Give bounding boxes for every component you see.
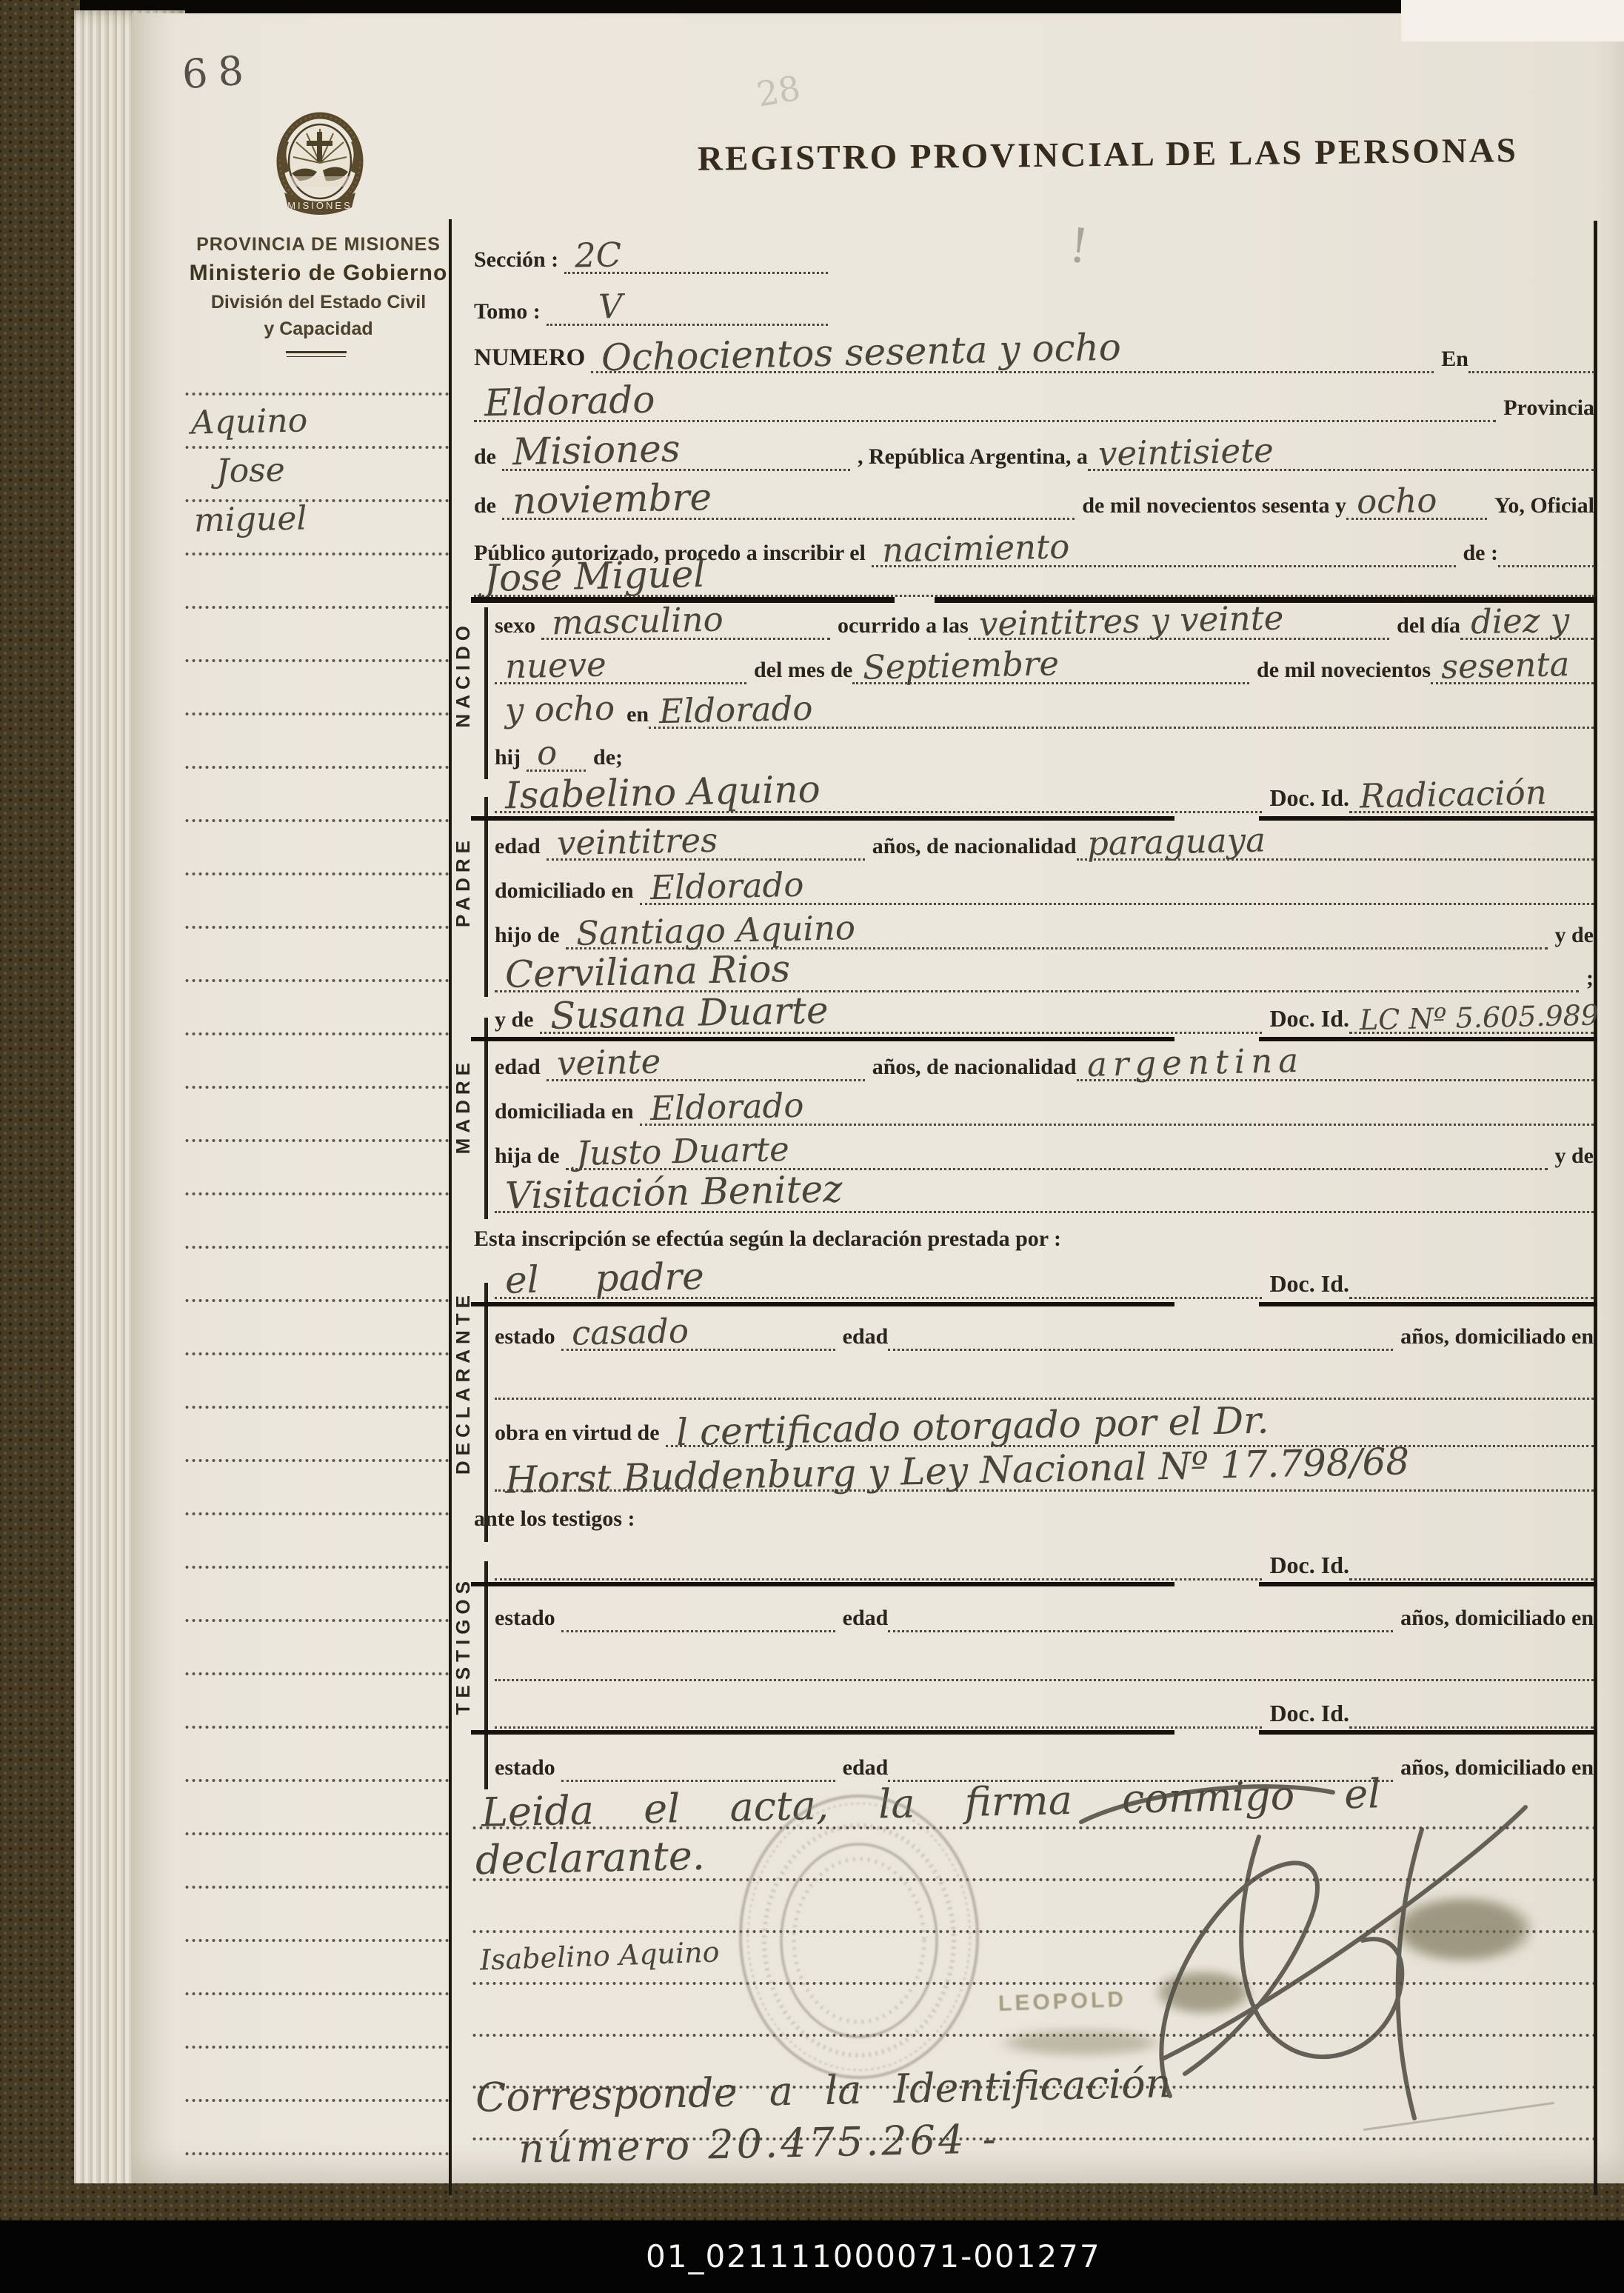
testigo1-estado-line <box>561 1626 835 1632</box>
declarante-divider-b <box>1259 1302 1597 1306</box>
declarante-estado-line: casado <box>561 1315 835 1351</box>
hijo-line: o <box>527 736 586 772</box>
madre-docid-label: Doc. Id. <box>1262 1005 1349 1034</box>
field-lugar: y ocho en Eldorado <box>495 686 1594 729</box>
declarante-blank-line <box>495 1393 1594 1400</box>
hora-value: veintitres y veinte <box>968 601 1288 641</box>
banner-text: MISIONES <box>287 200 352 211</box>
madre-nac-value: argentina <box>1076 1044 1309 1082</box>
hora-label: ocurrido a las <box>830 613 969 640</box>
provincia-line: Misiones <box>502 432 850 471</box>
localidad-value: Eldorado <box>474 381 660 421</box>
hijo-value: o <box>527 736 562 770</box>
declarante-edad-label: edad <box>835 1324 889 1351</box>
testigo2-divider-b <box>1259 1730 1597 1735</box>
mes-nac-label: del mes de <box>746 658 852 684</box>
field-sexo-hora: sexo masculino ocurrido a las veintitres… <box>495 597 1594 640</box>
madre-abuela-value: Visitación Benitez <box>495 1170 847 1215</box>
declarant-signature: Isabelino Aquino <box>479 1937 720 1974</box>
field-tomo: Tomo : V <box>474 283 828 326</box>
field-testigo1-estado: estado edad años, domiciliado en <box>495 1589 1594 1632</box>
numero-line: Ochocientos sesenta y ocho <box>591 334 1434 373</box>
numero-value: Ochocientos sesenta y ocho <box>591 328 1126 376</box>
closing-line-2: declarante. <box>475 1836 705 1880</box>
nombre-inscripto-line: José Miguel <box>474 558 1594 597</box>
padre-edad-line: veintitres <box>547 825 865 861</box>
field-padre-nombre: Isabelino Aquino Doc. Id. Radicación <box>495 770 1594 813</box>
padre-nac-line: paraguaya <box>1077 825 1594 861</box>
field-madre-nombre: y de Susana Duarte Doc. Id. LC Nº 5.605.… <box>495 991 1594 1034</box>
mes-line: noviembre <box>502 481 1075 520</box>
de-nac-label: de; <box>586 745 623 772</box>
field-obra2: Horst Buddenburg y Ley Nacional Nº 17.79… <box>495 1449 1594 1492</box>
en-line <box>1468 367 1594 373</box>
form-left-border <box>449 219 452 2195</box>
en-label: En <box>1434 347 1468 373</box>
madre-dom-label: domiciliada en <box>495 1099 640 1126</box>
section-label-testigos: TESTIGOS <box>452 1576 475 1715</box>
sexo-label: sexo <box>495 613 541 640</box>
declarante-estado-label: estado <box>495 1324 561 1351</box>
field-seccion: Sección : 2C <box>474 231 828 274</box>
madre-docid-value: LC Nº 5.605.989 <box>1349 1001 1604 1034</box>
de-label: de <box>474 444 502 471</box>
provincia-label: Provincia <box>1496 395 1594 422</box>
nacido-section-bar <box>484 607 488 779</box>
padre-nombre-value: Isabelino Aquino <box>495 770 826 814</box>
obra-line: l certificado otorgado por el Dr. <box>666 1408 1594 1447</box>
section-label-padre: PADRE <box>452 835 475 927</box>
closing-line-4: número 20.475.264 - <box>518 2119 1000 2169</box>
obra2-line: Horst Buddenburg y Ley Nacional Nº 17.79… <box>495 1452 1594 1492</box>
margin-ruled-lines <box>184 367 449 2191</box>
testigo2-docid-line <box>1349 1722 1594 1729</box>
madre-yde-label: y de <box>495 1007 540 1034</box>
anio-nac-line: sesenta <box>1431 649 1594 684</box>
madre-hija-label: hija de <box>495 1144 566 1170</box>
testigo1-dom-label: años, domiciliado en <box>1393 1606 1594 1632</box>
madre-docid-line: LC Nº 5.605.989 <box>1349 1004 1594 1034</box>
declarante-docid-line <box>1349 1292 1594 1299</box>
dia2-value: nueve <box>495 647 612 683</box>
obra2-value: Horst Buddenburg y Ley Nacional Nº 17.79… <box>495 1443 1414 1499</box>
padre-abuelo-line: Santiago Aquino <box>566 914 1548 949</box>
seccion-line: 2C <box>564 238 828 274</box>
book-cover-fabric-left <box>0 0 80 2229</box>
field-madre-abuela: Visitación Benitez <box>495 1170 1594 1213</box>
padre-edad-value: veintitres <box>546 824 722 861</box>
page-number: 68 <box>181 47 255 99</box>
declarante-dom-label: años, domiciliado en <box>1393 1324 1594 1351</box>
padre-dom-value: Eldorado <box>639 868 808 905</box>
lugar-line: Eldorado <box>649 693 1594 729</box>
padre-nombre-line: Isabelino Aquino <box>495 774 1262 813</box>
sexo-value: masculino <box>541 602 729 639</box>
padre-abuela-line: Cerviliana Rios <box>495 953 1579 992</box>
margin-note-surname: Aquino <box>191 404 308 439</box>
letterhead-province: PROVINCIA DE MISIONES <box>178 234 459 256</box>
anio-nac-value: sesenta <box>1431 647 1574 684</box>
testigo1-divider-b <box>1259 1582 1597 1586</box>
field-testigo1-nombre: Doc. Id. <box>495 1538 1594 1581</box>
tomo-value: V <box>546 290 626 324</box>
hora-line: veintitres y veinte <box>969 604 1389 640</box>
testigo2-nombre-line <box>495 1722 1262 1729</box>
field-declarante-blank <box>495 1357 1594 1400</box>
testigo1-docid-line <box>1349 1574 1594 1581</box>
provincia-value: Misiones <box>502 430 685 470</box>
field-hijo-de: hij o de; <box>495 729 1013 772</box>
field-padre-abuela: Cerviliana Rios ; <box>495 949 1594 992</box>
field-testigo2-nombre: Doc. Id. <box>495 1686 1594 1729</box>
field-padre-edad: edad veintitres años, de nacionalidad pa… <box>495 818 1594 861</box>
testigo1-edad-line <box>888 1626 1393 1632</box>
lugar-value: Eldorado <box>649 692 818 729</box>
padre-docid-line: Radicación <box>1349 778 1594 813</box>
localidad-line: Eldorado <box>474 383 1496 422</box>
padre-dom-line: Eldorado <box>640 870 1594 905</box>
dia-nac-line: diez y <box>1460 604 1594 640</box>
seccion-label: Sección : <box>474 247 564 274</box>
obra-value: l certificado otorgado por el Dr. <box>665 1401 1273 1451</box>
madre-edad-label: edad <box>495 1055 547 1081</box>
testigo1-blank-line <box>495 1675 1594 1681</box>
field-obra: obra en virtud de l certificado otorgado… <box>495 1404 1594 1447</box>
testigo1-estado-label: estado <box>495 1606 561 1632</box>
margin-note-name2: miguel <box>194 502 307 537</box>
oficial-label: Yo, Oficial <box>1487 493 1594 520</box>
padre-hijo-label: hijo de <box>495 923 566 949</box>
hijo-label: hij <box>495 745 527 772</box>
padre-abuela-value: Cerviliana Rios <box>495 950 795 993</box>
field-madre-abuelo: hija de Justo Duarte y de <box>495 1127 1594 1170</box>
declarante-estado-value: casado <box>561 1314 693 1350</box>
field-declarante-quien: el padre Doc. Id. <box>495 1256 1594 1299</box>
dia2-line: nueve <box>495 649 746 684</box>
scanned-book-page: 68 28 ! MISIONES PROVINCIA DE MISIONES M… <box>0 0 1624 2293</box>
obra-label: obra en virtud de <box>495 1421 666 1447</box>
field-mes-anio: de noviembre de mil novecientos sesenta … <box>474 477 1594 520</box>
madre-nombre-value: Susana Duarte <box>539 992 832 1035</box>
madre-abuelo-line: Justo Duarte <box>566 1135 1548 1170</box>
mes-nac-value: Septiembre <box>852 647 1064 684</box>
field-testigo1-blank <box>495 1638 1594 1681</box>
field-localidad: Eldorado Provincia <box>474 379 1594 422</box>
field-numero: NUMERO Ochocientos sesenta y ocho En <box>474 330 1594 373</box>
margin-note-name1: Jose <box>216 454 286 488</box>
declarante-section-bar <box>484 1283 488 1542</box>
madre-yde2-label: y de <box>1548 1144 1594 1170</box>
madre-nombre-line: Susana Duarte <box>540 995 1263 1034</box>
dia-line: veintisiete <box>1088 435 1594 471</box>
tomo-line: V <box>547 290 828 326</box>
madre-section-bar <box>484 1018 488 1219</box>
padre-docid-value: Radicación <box>1349 775 1552 813</box>
madre-dom-value: Eldorado <box>639 1089 808 1126</box>
declaracion-intro-label: Esta inscripción se efectúa según la dec… <box>474 1226 1067 1253</box>
padre-section-bar <box>484 797 488 997</box>
madre-abuela-line: Visitación Benitez <box>495 1174 1594 1213</box>
provincial-crest-emblem: MISIONES <box>268 110 372 228</box>
testigo1-divider-a <box>471 1582 1174 1586</box>
anio-label: de mil novecientos sesenta y <box>1075 493 1346 520</box>
field-madre-edad: edad veinte años, de nacionalidad argent… <box>495 1038 1594 1081</box>
field-padre-abuelo: hijo de Santiago Aquino y de <box>495 907 1594 949</box>
testigos-intro-label: ante los testigos : <box>474 1506 641 1533</box>
declarante-edad-line <box>888 1344 1393 1351</box>
anio-line: ocho <box>1346 484 1487 520</box>
en-nac-label: en <box>619 702 649 729</box>
testigo2-docid-label: Doc. Id. <box>1262 1700 1349 1729</box>
section-label-nacido: NACIDO <box>452 621 475 728</box>
padre-docid-label: Doc. Id. <box>1262 784 1349 813</box>
anio-nac-value2: y ocho <box>495 691 620 730</box>
letterhead-rule <box>286 351 347 353</box>
field-declarante-estado: estado casado edad años, domiciliado en <box>495 1308 1594 1351</box>
mes-value: noviembre <box>502 478 717 520</box>
letterhead-ministry: Ministerio de Gobierno <box>178 261 459 286</box>
field-dia-mes: nueve del mes de Septiembre de mil novec… <box>495 641 1594 684</box>
republica-label: , República Argentina, a <box>850 444 1088 471</box>
padre-punto-label: ; <box>1579 966 1594 992</box>
testigo1-edad-label: edad <box>835 1606 889 1632</box>
padre-dom-label: domiciliado en <box>495 878 640 905</box>
pencil-mark-top: 28 <box>754 67 803 114</box>
field-padre-domicilio: domiciliado en Eldorado <box>495 862 1594 905</box>
padre-nac-value: paraguaya <box>1076 823 1270 860</box>
declarante-quien-line: el padre <box>495 1260 1262 1299</box>
madre-dom-line: Eldorado <box>640 1090 1594 1126</box>
padre-nac-label: años, de nacionalidad <box>865 834 1077 861</box>
seccion-value: 2C <box>564 238 626 273</box>
field-provincia-fecha: de Misiones , República Argentina, a vei… <box>474 428 1594 471</box>
letterhead-division-1: División del Estado Civil <box>178 292 459 313</box>
sexo-line: masculino <box>541 604 830 640</box>
testigo1-docid-label: Doc. Id. <box>1262 1552 1349 1581</box>
padre-yde-label: y de <box>1548 923 1594 949</box>
scan-reference-code: 01_021111000071-001277 <box>646 2238 1101 2274</box>
field-nombre-inscripto: José Miguel <box>474 554 1594 597</box>
testigo2-estado-label: estado <box>495 1755 561 1782</box>
numero-label: NUMERO <box>474 344 591 373</box>
nombre-inscripto-value: José Miguel <box>474 555 710 598</box>
madre-nac-line: argentina <box>1077 1046 1594 1081</box>
anio-nac-label: de mil novecientos <box>1249 658 1431 684</box>
testigos-section-bar <box>484 1561 488 1789</box>
madre-nac-label: años, de nacionalidad <box>865 1055 1077 1081</box>
dia-nac-value: diez y <box>1460 603 1574 638</box>
anio-value: ocho <box>1346 484 1442 519</box>
padre-edad-label: edad <box>495 834 547 861</box>
madre-edad-value: veinte <box>546 1044 665 1080</box>
madre-abuelo-value: Justo Duarte <box>565 1132 794 1170</box>
madre-edad-line: veinte <box>547 1046 865 1081</box>
underlying-page-corner <box>1401 0 1624 41</box>
field-madre-domicilio: domiciliada en Eldorado <box>495 1083 1594 1126</box>
dia-value: veintisiete <box>1087 433 1278 470</box>
declarante-divider-a <box>471 1302 1174 1306</box>
testigo1-nombre-line <box>495 1574 1262 1581</box>
de2-label: de <box>474 493 502 520</box>
official-signature <box>948 1748 1585 2163</box>
letterhead-division-2: y Capacidad <box>178 318 459 340</box>
tomo-label: Tomo : <box>474 299 547 326</box>
padre-abuelo-value: Santiago Aquino <box>565 911 860 950</box>
mes-nac-line: Septiembre <box>852 649 1249 684</box>
testigo2-divider-a <box>471 1730 1174 1735</box>
section-label-declarante: DECLARANTE <box>452 1290 475 1475</box>
dia-nac-label: del día <box>1389 613 1460 640</box>
section-label-madre: MADRE <box>452 1058 475 1154</box>
declarante-docid-label: Doc. Id. <box>1262 1270 1349 1299</box>
declarante-quien-value: el padre <box>495 1258 709 1299</box>
